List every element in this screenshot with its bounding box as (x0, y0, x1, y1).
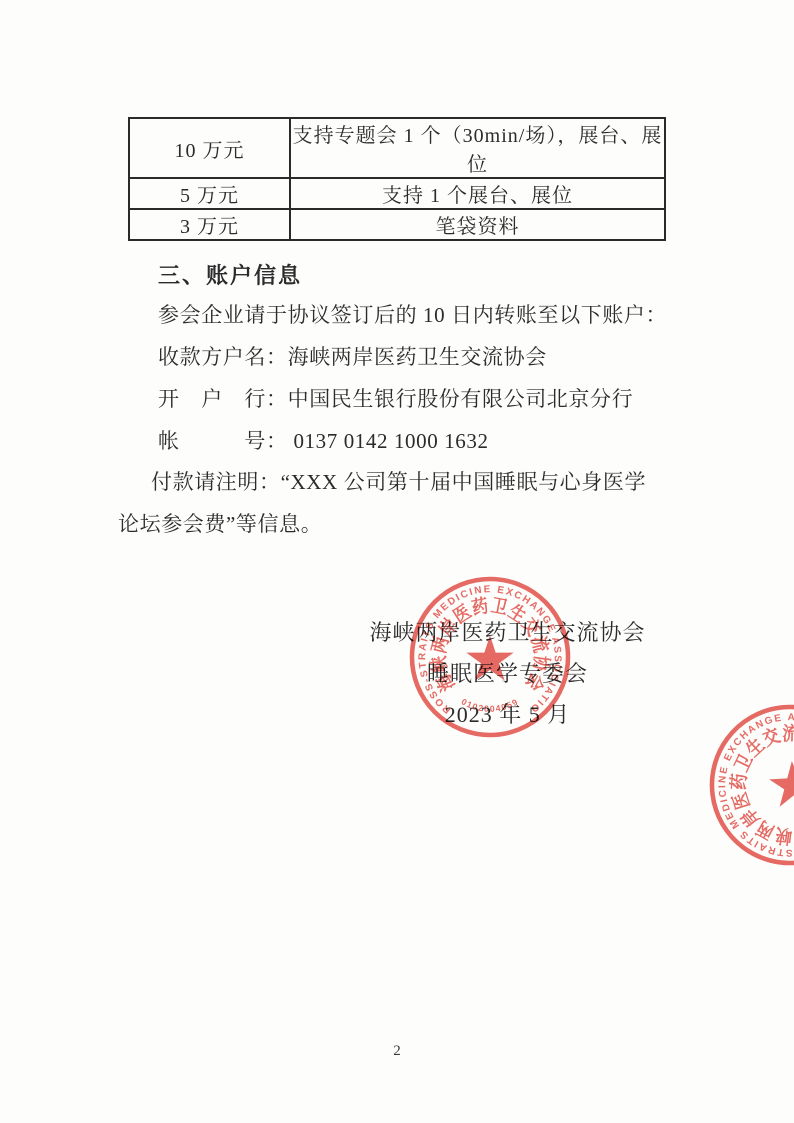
bank-name-line: 开 户 行：中国民生银行股份有限公司北京分行 (158, 383, 633, 413)
document-page: 10 万元 支持专题会 1 个（30min/场），展台、展位 5 万元 支持 1… (0, 0, 794, 1123)
stamp-serial-arc: 101020040593 (688, 732, 794, 883)
benefit-cell: 笔袋资料 (290, 209, 665, 240)
sponsor-table: 10 万元 支持专题会 1 个（30min/场），展台、展位 5 万元 支持 1… (128, 117, 666, 241)
stamp-serial-number: 101020040593 (688, 732, 794, 883)
signature-block: 海峡两岸医药卫生交流协会 睡眠医学专委会 2023 年 5 月 (360, 612, 655, 735)
stamp-ring-text-arc: CROSS-STRAITS MEDICINE EXCHANGE ASSOCIAT… (688, 691, 794, 884)
signature-date: 2023 年 5 月 (360, 694, 655, 735)
stamp-inner-text-arc: 海峡两岸医药卫生交流协会 (712, 707, 794, 856)
amount-cell: 10 万元 (129, 118, 290, 178)
account-number-line: 帐 号： 0137 0142 1000 1632 (158, 425, 489, 455)
table-row: 10 万元 支持专题会 1 个（30min/场），展台、展位 (129, 118, 665, 178)
benefit-cell: 支持专题会 1 个（30min/场），展台、展位 (290, 118, 665, 178)
signature-org: 海峡两岸医药卫生交流协会 (360, 612, 655, 653)
signature-committee: 睡眠医学专委会 (360, 653, 655, 694)
section-heading: 三、账户信息 (158, 259, 302, 290)
star-icon (763, 757, 794, 814)
intro-line: 参会企业请于协议签订后的 10 日内转账至以下账户： (158, 299, 667, 329)
payment-memo-line-1: 付款请注明：“XXX 公司第十届中国睡眠与心身医学 (151, 466, 646, 496)
table-row: 5 万元 支持 1 个展台、展位 (129, 178, 665, 209)
amount-cell: 5 万元 (129, 178, 290, 209)
amount-cell: 3 万元 (129, 209, 290, 240)
page-number: 2 (0, 1043, 794, 1060)
stamp-ring-text: CROSS-STRAITS MEDICINE EXCHANGE ASSOCIAT… (688, 691, 794, 884)
stamp-outer-ring (694, 689, 794, 880)
table-row: 3 万元 笔袋资料 (129, 209, 665, 240)
payment-memo-line-2: 论坛参会费”等信息。 (118, 508, 322, 538)
payee-name-line: 收款方户名：海峡两岸医药卫生交流协会 (158, 341, 547, 371)
benefit-cell: 支持 1 个展台、展位 (290, 178, 665, 209)
edge-seal-stamp: CROSS-STRAITS MEDICINE EXCHANGE ASSOCIAT… (688, 683, 794, 886)
stamp-inner-text: 海峡两岸医药卫生交流协会 (712, 707, 794, 856)
